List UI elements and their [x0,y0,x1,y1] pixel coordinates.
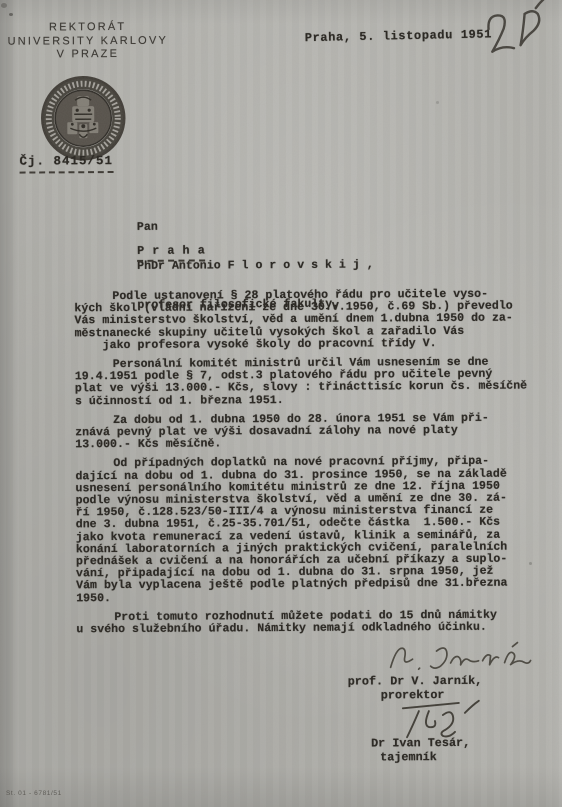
body-line: 13.000.- Kčs měsíčně. [75,437,527,452]
paragraph-4: Od případných doplatků na nové pracovní … [75,456,528,605]
signatory1-name: prof. Dr V. Jarník, [348,674,483,689]
letterhead-line1: REKTORÁT [6,21,170,36]
scanned-letter-page: REKTORÁT UNIVERSITY KARLOVY V PRAZE [0,0,562,807]
scan-speck [99,443,102,445]
letterhead-line2: UNIVERSITY KARLOVY [6,34,170,49]
body-line: u svého služebního úřadu. Námitky nemají… [76,622,528,637]
recipient-city: P r a h a [137,243,205,261]
body-line: jako profesora vysoké školy do pracovní … [75,337,527,352]
scan-speck [9,13,13,16]
paragraph-2: Personální komitét ministrů určil Vám us… [75,357,527,409]
paragraph-3: Za dobu od 1. dubna 1950 do 28. února 19… [75,412,527,451]
date-line: Praha, 5. listopadu 1951 [305,27,492,45]
signatory2-name: Dr Ivan Tesár, [371,736,470,751]
letter-content: REKTORÁT UNIVERSITY KARLOVY V PRAZE [0,0,562,807]
signatory2-title: tajemník [380,750,437,764]
scan-speck [436,101,439,104]
letterhead: REKTORÁT UNIVERSITY KARLOVY V PRAZE [6,21,170,63]
form-print-code: St. 01 - 6781/51 [6,790,62,797]
paragraph-1: Podle ustanovení § 28 platového řádu pro… [74,288,526,352]
handwritten-page-number [479,0,554,70]
recipient-salutation: Pan [137,219,374,233]
letterhead-line3: V PRAZE [6,48,170,63]
body-line: s účinností od 1. března 1951. [75,393,527,408]
scan-speck [1,3,7,8]
letter-body: Podle ustanovení § 28 platového řádu pro… [74,288,528,643]
paragraph-5: Proti tomuto rozhodnutí můžete podati do… [76,609,528,636]
scan-speck [529,562,532,565]
reference-number: Čj. 8415/51 [19,154,113,174]
